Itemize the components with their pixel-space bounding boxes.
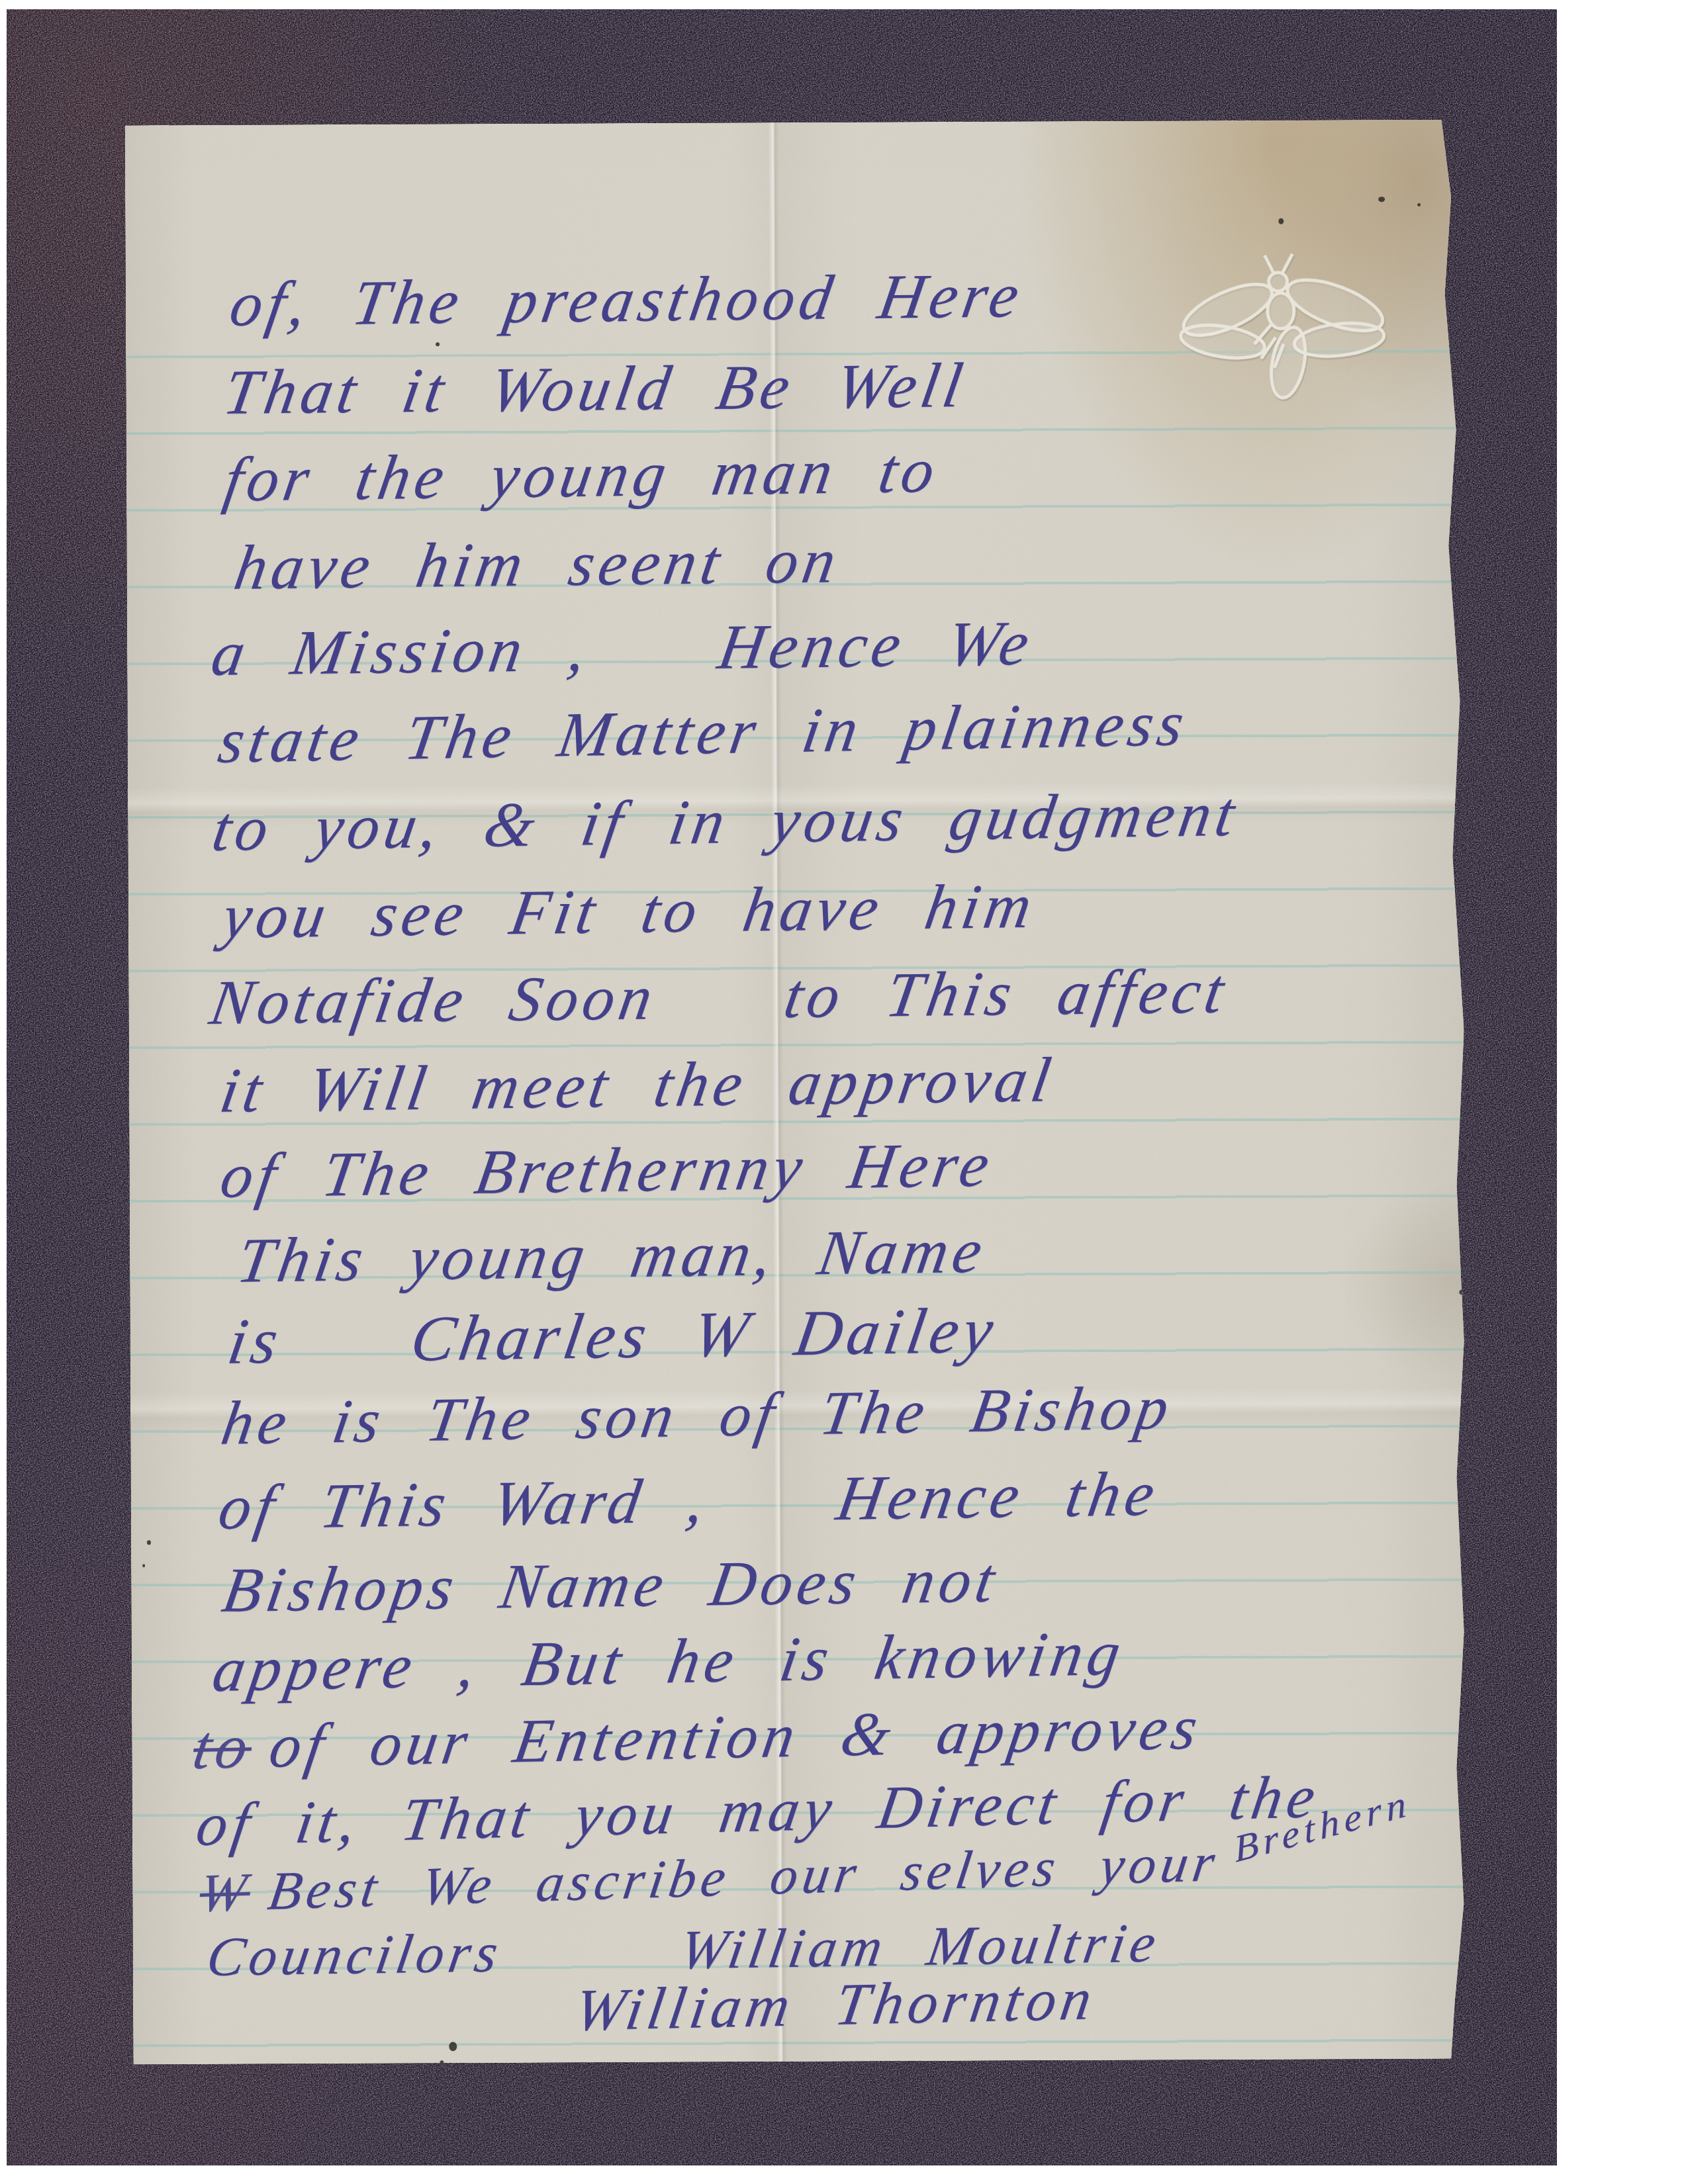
strikethrough-word: W <box>196 1862 255 1923</box>
handwritten-text-layer: of, The preasthood HereThat it Would Be … <box>125 120 1469 2065</box>
letter-line: of, The preasthood Here <box>225 258 1029 341</box>
letter-line: it Will meet the approval <box>215 1042 1060 1127</box>
letter-line: you see Fit to have him <box>218 869 1041 953</box>
letter-line: have him seent on <box>230 523 846 604</box>
letter-line: a Mission , Hence We <box>207 606 1039 690</box>
letter-line: state The Matter in plainness <box>214 686 1194 778</box>
letter-line: of This Ward , Hence the <box>214 1457 1164 1544</box>
letter-line: Bishops Name Does not <box>218 1543 1005 1626</box>
letter-line: for the young man to <box>219 433 945 516</box>
letter-line: is Charles W Dailey <box>223 1294 1003 1379</box>
letter-line: of The Brethernny Here <box>216 1127 999 1212</box>
letter-line: to you, & if in yous gudgment <box>207 777 1244 866</box>
letter-line: he is The son of The Bishop <box>216 1372 1178 1459</box>
strikethrough-word: to <box>189 1712 258 1782</box>
letter-line: Notafide Soon to This affect <box>205 954 1234 1038</box>
letter-line: William Thornton <box>570 1965 1101 2044</box>
line-gap <box>498 1968 677 1971</box>
letter-line: appere , But he is knowing <box>208 1616 1130 1706</box>
letter-line: That it Would Be Well <box>219 348 972 429</box>
letter-page: of, The preasthood HereThat it Would Be … <box>125 120 1469 2065</box>
letter-line: This young man, Name <box>232 1214 992 1297</box>
